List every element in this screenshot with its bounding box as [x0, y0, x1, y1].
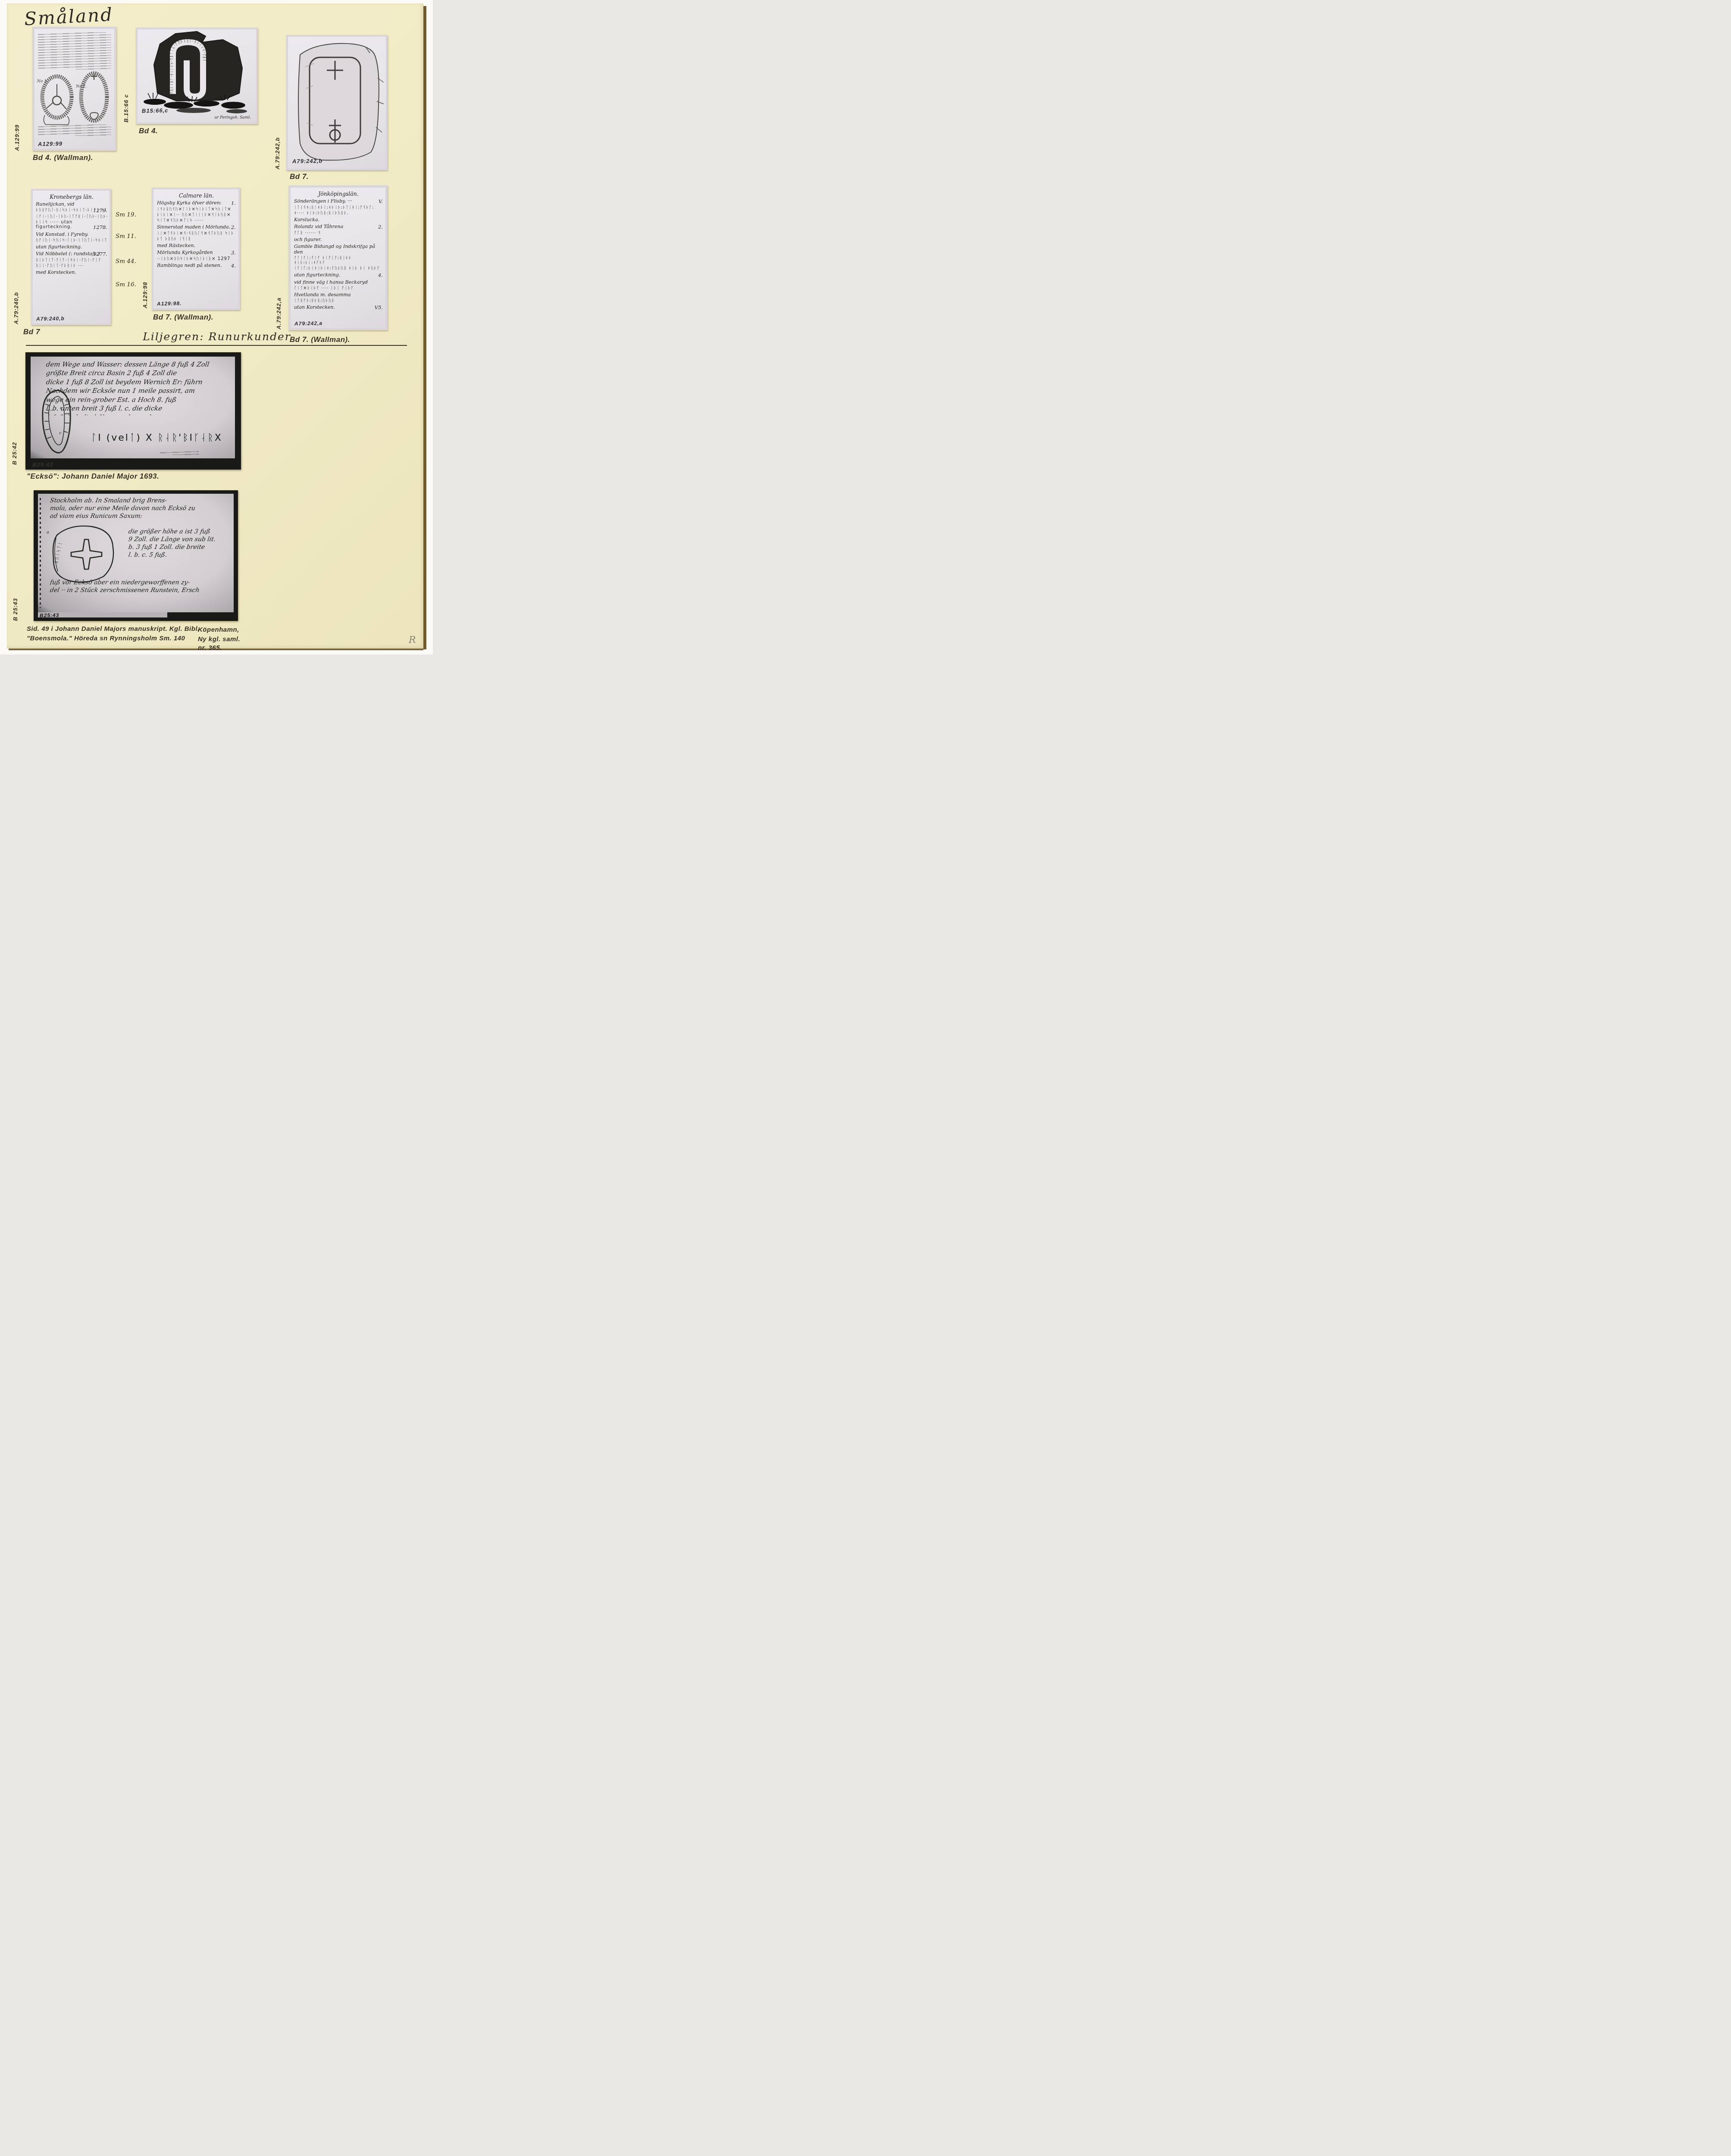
side-archive-number: B 25:42 [11, 442, 18, 465]
margin-label-sm44: Sm 44. [116, 258, 136, 265]
ms-line: ᚦᛁᚦᛁ×ᛁ·· ᚢᚢ×ᛏᛁᛁᛁᚦ×ᛩᛁᚦᚢᚱ× [157, 213, 236, 217]
runestone-cross-sketch: ᚱᚢᚿᛋᛏᛁ a c [43, 520, 123, 585]
ms-line: größte Breit circa Basin 2 fuß 4 Zoll di… [46, 369, 233, 377]
figure-label-2: No 2. [75, 85, 87, 89]
divider-rule [26, 345, 407, 346]
ms-line: Sinnerstad maden i Mörlunda. [157, 224, 236, 230]
photo-caption: Bd 4. (Wallman). [33, 154, 93, 162]
card-edge-shadow [423, 6, 426, 649]
photo-b25-43: Stockholm ab. In Smaland brig Brens-mola… [34, 490, 238, 621]
side-archive-number: A.79:242,a [275, 298, 282, 329]
photo-archive-number: B25:43 [40, 612, 59, 619]
ms-line: 9 Zoll. die Länge von sub lit. [128, 536, 232, 543]
margin-label-sm11: Sm 11. [116, 233, 136, 240]
ms-line: ᛋᛁᛏ×ᛩᚢᚦ×ᛏᛁᛋ ····· [157, 218, 236, 223]
ms-line: b. 3 fuß 1 Zoll. die breite [128, 544, 232, 551]
ms-line: utan figurteckning. [36, 244, 107, 250]
runestone-sketch: e c [34, 387, 81, 456]
side-archive-number: B 25:43 [12, 598, 19, 621]
svg-text:c: c [83, 580, 85, 585]
ms-line: ᚼ···· ᚼᛁᚦ:ᚦᚢᚱ:ᛒᛁᚦᚢᚱᚦ. [294, 211, 383, 216]
handwriting-lines-right: die größer höhe a ist 3 fuß9 Zoll. die L… [128, 527, 232, 569]
manuscript-lines: Kronebergs län.Runelijckan, vidᚦᚢᚱᚠᚢᛙ·ᚱᛁ… [36, 193, 107, 312]
manuscript-page: No 1. No 2. A129:99 [34, 29, 114, 149]
runic-inscription: ᛚI (velᛙ) X ᚱᛆᚱ'ᛒIᚴᛆᚱX [91, 432, 222, 443]
ms-line: Jönköpingslän. [294, 191, 383, 197]
archive-scan: Småland No 1. No 2. A129:99 A [0, 0, 433, 655]
ms-line: ᚱᛁᚦᛏᛁᛏ·ᚠᛁᚠ·ᛁᛋᚦᛁ·ᚠᚢᛁ·ᚠᛁᚠ [36, 258, 107, 263]
side-archive-number: A.79:240,b [13, 292, 20, 324]
photo-a79-242a: Jönköpingslän.Sönderängen i Flisby. ···V… [288, 185, 388, 330]
ms-line: ᛁᛏᛆᛩᚼ:ᚱᛁᚼᚦᛁ:ᚼᚦᛁᚦ:ᚦᛏᛁᚼᛁ:ᚠᛩᚦᚴ: [294, 205, 383, 210]
ms-line: ᚢᚠᛁᚢᛁ·ᛋᚢᛁᛋ·ᛚᛁᚦ·ᛁᛙᚢᛏᛁ·ᛋᚦᛁᛏ· [36, 238, 107, 243]
ms-line: ··ᛁᚦᚢ×ᚱᚢᛋᛁᚦ×ᛋᚢᛁᚦᛁᚱ× 1297 [157, 257, 236, 261]
photo-caption: Bd 7. (Wallman). [153, 313, 213, 322]
ms-line: Hvetlanda m. desamma [294, 292, 383, 298]
ms-line: dem Wege und Wasser: dessen Länge 8 fuß … [46, 360, 233, 368]
photo-caption: "Ecksö": Johann Daniel Major 1693. [27, 472, 159, 481]
ms-line: ᛁᛏᚱᚠᚦ:ᛒᚦᚱ:ᚢᚦᚢᚱ [294, 298, 383, 303]
side-archive-number: A.129:99 [14, 125, 21, 151]
photo-archive-number: A79:240,b [36, 315, 65, 322]
photo-b15-66c: ᚠᚢᚦᚮᚱᚴ·ᚼᚿᛁᛆᛋ·ᛏᛒᛚᛙᛦ·ᚠᚢᚦᚮᚱᚴ·ᚼᚿᛁᛆᛋ·ᛏᛒᛚ B15:… [136, 28, 258, 124]
ms-line: Stockholm ab. In Smaland brig Brens- [50, 497, 232, 504]
page-edge-dots [40, 498, 41, 608]
svg-text:c: c [59, 431, 62, 436]
photo-caption-line2: "Boensmola." Höreda sn Rynningsholm Sm. … [27, 635, 185, 642]
ms-line: l. b. c. 5 fuß. [128, 552, 232, 558]
ms-line: ᚠᚴᚱ ······ ᛩ [294, 231, 383, 235]
ms-line: ᛁᛩᚦᚱᚢᛩᚢ×ᛚᛁᚦ×ᛋᛁᚦᛁᛏ×ᛋᚦᛁᛏ× [157, 207, 236, 212]
ms-line: Runelijckan, vid [36, 201, 107, 207]
photo-caption: Bd 7 [23, 328, 40, 336]
ms-line: del ·· in 2 Stück zerschmissenen Runstei… [50, 587, 232, 594]
photo-caption: Bd 4. [139, 127, 158, 135]
ms-line: med Rästecken. [157, 243, 236, 248]
svg-text:e: e [60, 406, 63, 411]
photo-archive-number: B15:66,c [142, 107, 169, 114]
manuscript-lines: Calmare län.Högsby Kyrka öfver dören:1.ᛁ… [157, 192, 236, 297]
repository-line3: nr. 365. [198, 644, 222, 652]
margin-label-sm19: Sm 19. [116, 211, 136, 218]
manuscript-lines: Jönköpingslän.Sönderängen i Flisby. ···V… [294, 190, 383, 317]
ms-line: ᛁᚠᛁ·ᛁᚢᛙ·ᛁᚦᚢ·ᛁᛏᚠᛒᛁ·ᛙᚢᚦ·ᛁᚢᚦ· [36, 214, 107, 219]
photo-a79-240b: Kronebergs län.Runelijckan, vidᚦᚢᚱᚠᚢᛙ·ᚱᛁ… [31, 189, 111, 325]
ms-line: ᛁᚠᛁᚴ:ᚦᛁᚼᛁᚦᛁᚼ:ᚠᚢᚦᚢᚱ ᚼᛁᚦ ᚦᛁ ᚼᚢᚦᚠ [294, 266, 383, 271]
photo-caption: Bd 7. (Wallman). [290, 335, 350, 344]
ms-line: Calmare län. [157, 192, 236, 199]
ms-line: Kronebergs län. [36, 194, 107, 200]
photo-caption-line1: Sid. 49 i Johann Daniel Majors manuskrip… [27, 625, 200, 633]
photo-caption: Bd 7. [290, 172, 309, 181]
figure-label-1: No 1. [37, 79, 48, 84]
section-heading: Liljegren: Runurkunder [137, 330, 297, 343]
ms-line: och figurer. [294, 237, 383, 242]
ms-line: dicke 1 fuß 8 Zoll ist beydem Wernich Er… [46, 378, 233, 386]
stone-outline-drawing [288, 37, 386, 169]
ms-line: ad viam eius Runicum Saxum: [50, 513, 232, 520]
svg-text:a: a [47, 530, 49, 535]
ms-line: Gamble Bidungd og Indskrifga på den [294, 244, 383, 255]
photo-archive-number: A79:242,b [292, 157, 323, 164]
repository-line2: Ny kgl. saml. [198, 636, 240, 643]
photo-archive-number: A129:98. [157, 301, 182, 307]
photo-a129-99: No 1. No 2. A129:99 [32, 27, 116, 151]
ms-line: ᛁᛁ×ᛏᛩᚦᛁ×ᛩ·ᛩᚱᚢᛚᛩ×ᛩᛏᚦᚢᚱ ᛋᛁᚦ [157, 231, 236, 236]
photo-b25-42: dem Wege und Wasser: dessen Länge 8 fuß … [25, 352, 241, 470]
ms-line: mola, oder nur eine Meile davon nach Eck… [50, 505, 232, 512]
margin-label-sm16: Sm 16. [116, 281, 136, 288]
corner-pencil-mark: R [409, 635, 416, 646]
ms-line: Korslucka. [294, 217, 383, 222]
ms-line: vid finne väg i hansa Beckaryd [294, 279, 383, 285]
handwriting-block [38, 32, 111, 69]
ms-line: ᚠᛚᛁᚠᛁ:ᚠᛁᚠ ᚦᛁᚠᛁᚠ:ᚱᛁᚦᚦ ᚼᛁᚦ:ᚦᛁ:ᚼᚠᚦᚠ [294, 256, 383, 265]
side-archive-number: A.129:98 [142, 282, 149, 308]
photo-a129-98: Calmare län.Högsby Kyrka öfver dören:1.ᛁ… [152, 188, 240, 310]
photo-a79-242b: A79:242,b [286, 35, 388, 170]
photo-source-note: ur Peringsh. Saml. [214, 116, 251, 120]
ms-line: ᚴᛁᛏ×ᚦᛁᚦᚠ ···· ᛁᚦᛁ ᚠᛁᚦᚠ [294, 286, 383, 291]
handwriting-flourish [160, 451, 199, 455]
ms-line: ᚦᛏ ᚦᚱᚢᚦ ᛁᛩᛁᚱ [157, 237, 236, 241]
photo-archive-number: A79:242,a [294, 320, 322, 326]
ms-line: med Korstecken. [36, 269, 107, 275]
repository-line1: Köpenhamn, [198, 626, 239, 633]
ms-line: Vid Konstad. i Fyreby. [36, 232, 107, 237]
ms-line: die größer höhe a ist 3 fuß [128, 528, 232, 535]
side-archive-number: B.15:66 c [123, 94, 130, 122]
runestone-ring-drawings: No 1. No 2. [34, 70, 114, 126]
photo-archive-number: A129:99 [38, 141, 63, 147]
ms-line: ᚢᛁᛁ·ᚠᚢᛁᛏ·ᚠᚦᚱᛁᚦ ··· [36, 263, 107, 268]
side-archive-number: A.79:242,b [274, 137, 281, 169]
handwriting-block [38, 125, 111, 136]
photo-archive-number: B25:42 [32, 461, 53, 468]
